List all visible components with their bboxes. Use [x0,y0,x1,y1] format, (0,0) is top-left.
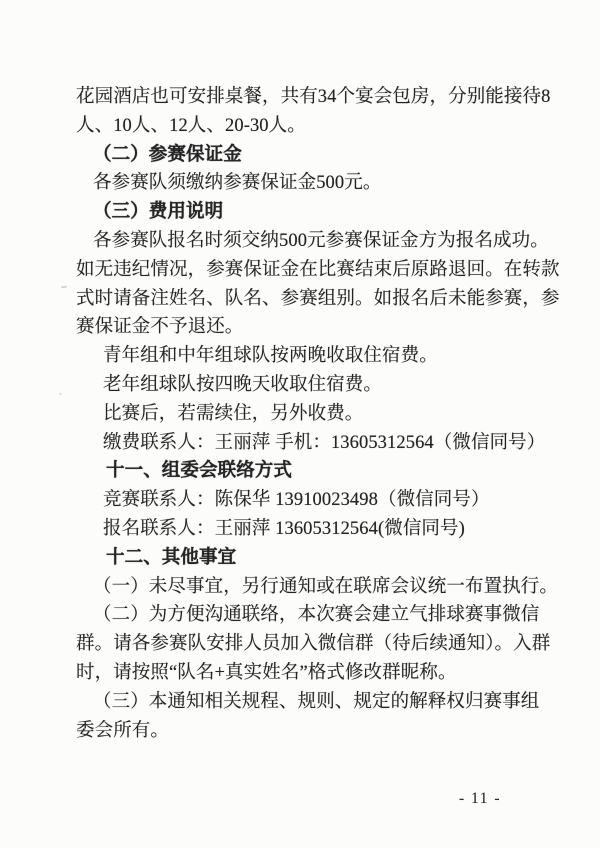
doc-line: 委会所有。 [76,717,566,746]
doc-line: 时，请按照“队名+真实姓名”格式修改群昵称。 [76,659,566,688]
page-number: - 11 - [459,790,501,808]
section-heading: （二）参赛保证金 [76,141,566,170]
document-body: 花园酒店也可安排桌餐，共有34个宴会包房，分别能接待8 人、10人、12人、20… [76,83,566,745]
scan-speck [59,393,62,395]
doc-line: （二）为方便沟通联络，本次赛会建立气排球赛事微信 [76,601,566,630]
contact-line: 报名联系人：王丽萍 13605312564(微信同号) [76,515,566,544]
doc-line: 如无违纪情况，参赛保证金在比赛结束后原路退回。在转款 [76,256,566,285]
doc-line: 赛保证金不予退还。 [76,313,566,342]
doc-line: 花园酒店也可安排桌餐，共有34个宴会包房，分别能接待8 [76,83,566,112]
scan-speck [61,286,67,289]
doc-line: 人、10人、12人、20-30人。 [76,112,566,141]
doc-line: （三）本通知相关规程、规则、规定的解释权归赛事组 [76,688,566,717]
section-heading: 十二、其他事宜 [76,544,566,573]
contact-line: 缴费联系人：王丽萍 手机：13605312564（微信同号） [76,429,566,458]
doc-line: 式时请备注姓名、队名、参赛组别。如报名后未能参赛，参 [76,285,566,314]
doc-line: 青年组和中年组球队按两晚收取住宿费。 [76,342,566,371]
section-heading: 十一、组委会联络方式 [76,457,566,486]
section-heading: （三）费用说明 [76,198,566,227]
doc-line: 各参赛队须缴纳参赛保证金500元。 [76,169,566,198]
doc-line: 比赛后，若需续住，另外收费。 [76,400,566,429]
contact-line: 竞赛联系人：陈保华 13910023498（微信同号） [76,486,566,515]
doc-line: （一）未尽事宜，另行通知或在联席会议统一布置执行。 [76,573,566,602]
document-page: 花园酒店也可安排桌餐，共有34个宴会包房，分别能接待8 人、10人、12人、20… [0,0,600,848]
doc-line: 群。请各参赛队安排人员加入微信群（待后续通知）。入群 [76,630,566,659]
doc-line: 老年组球队按四晚天收取住宿费。 [76,371,566,400]
doc-line: 各参赛队报名时须交纳500元参赛保证金方为报名成功。 [76,227,566,256]
